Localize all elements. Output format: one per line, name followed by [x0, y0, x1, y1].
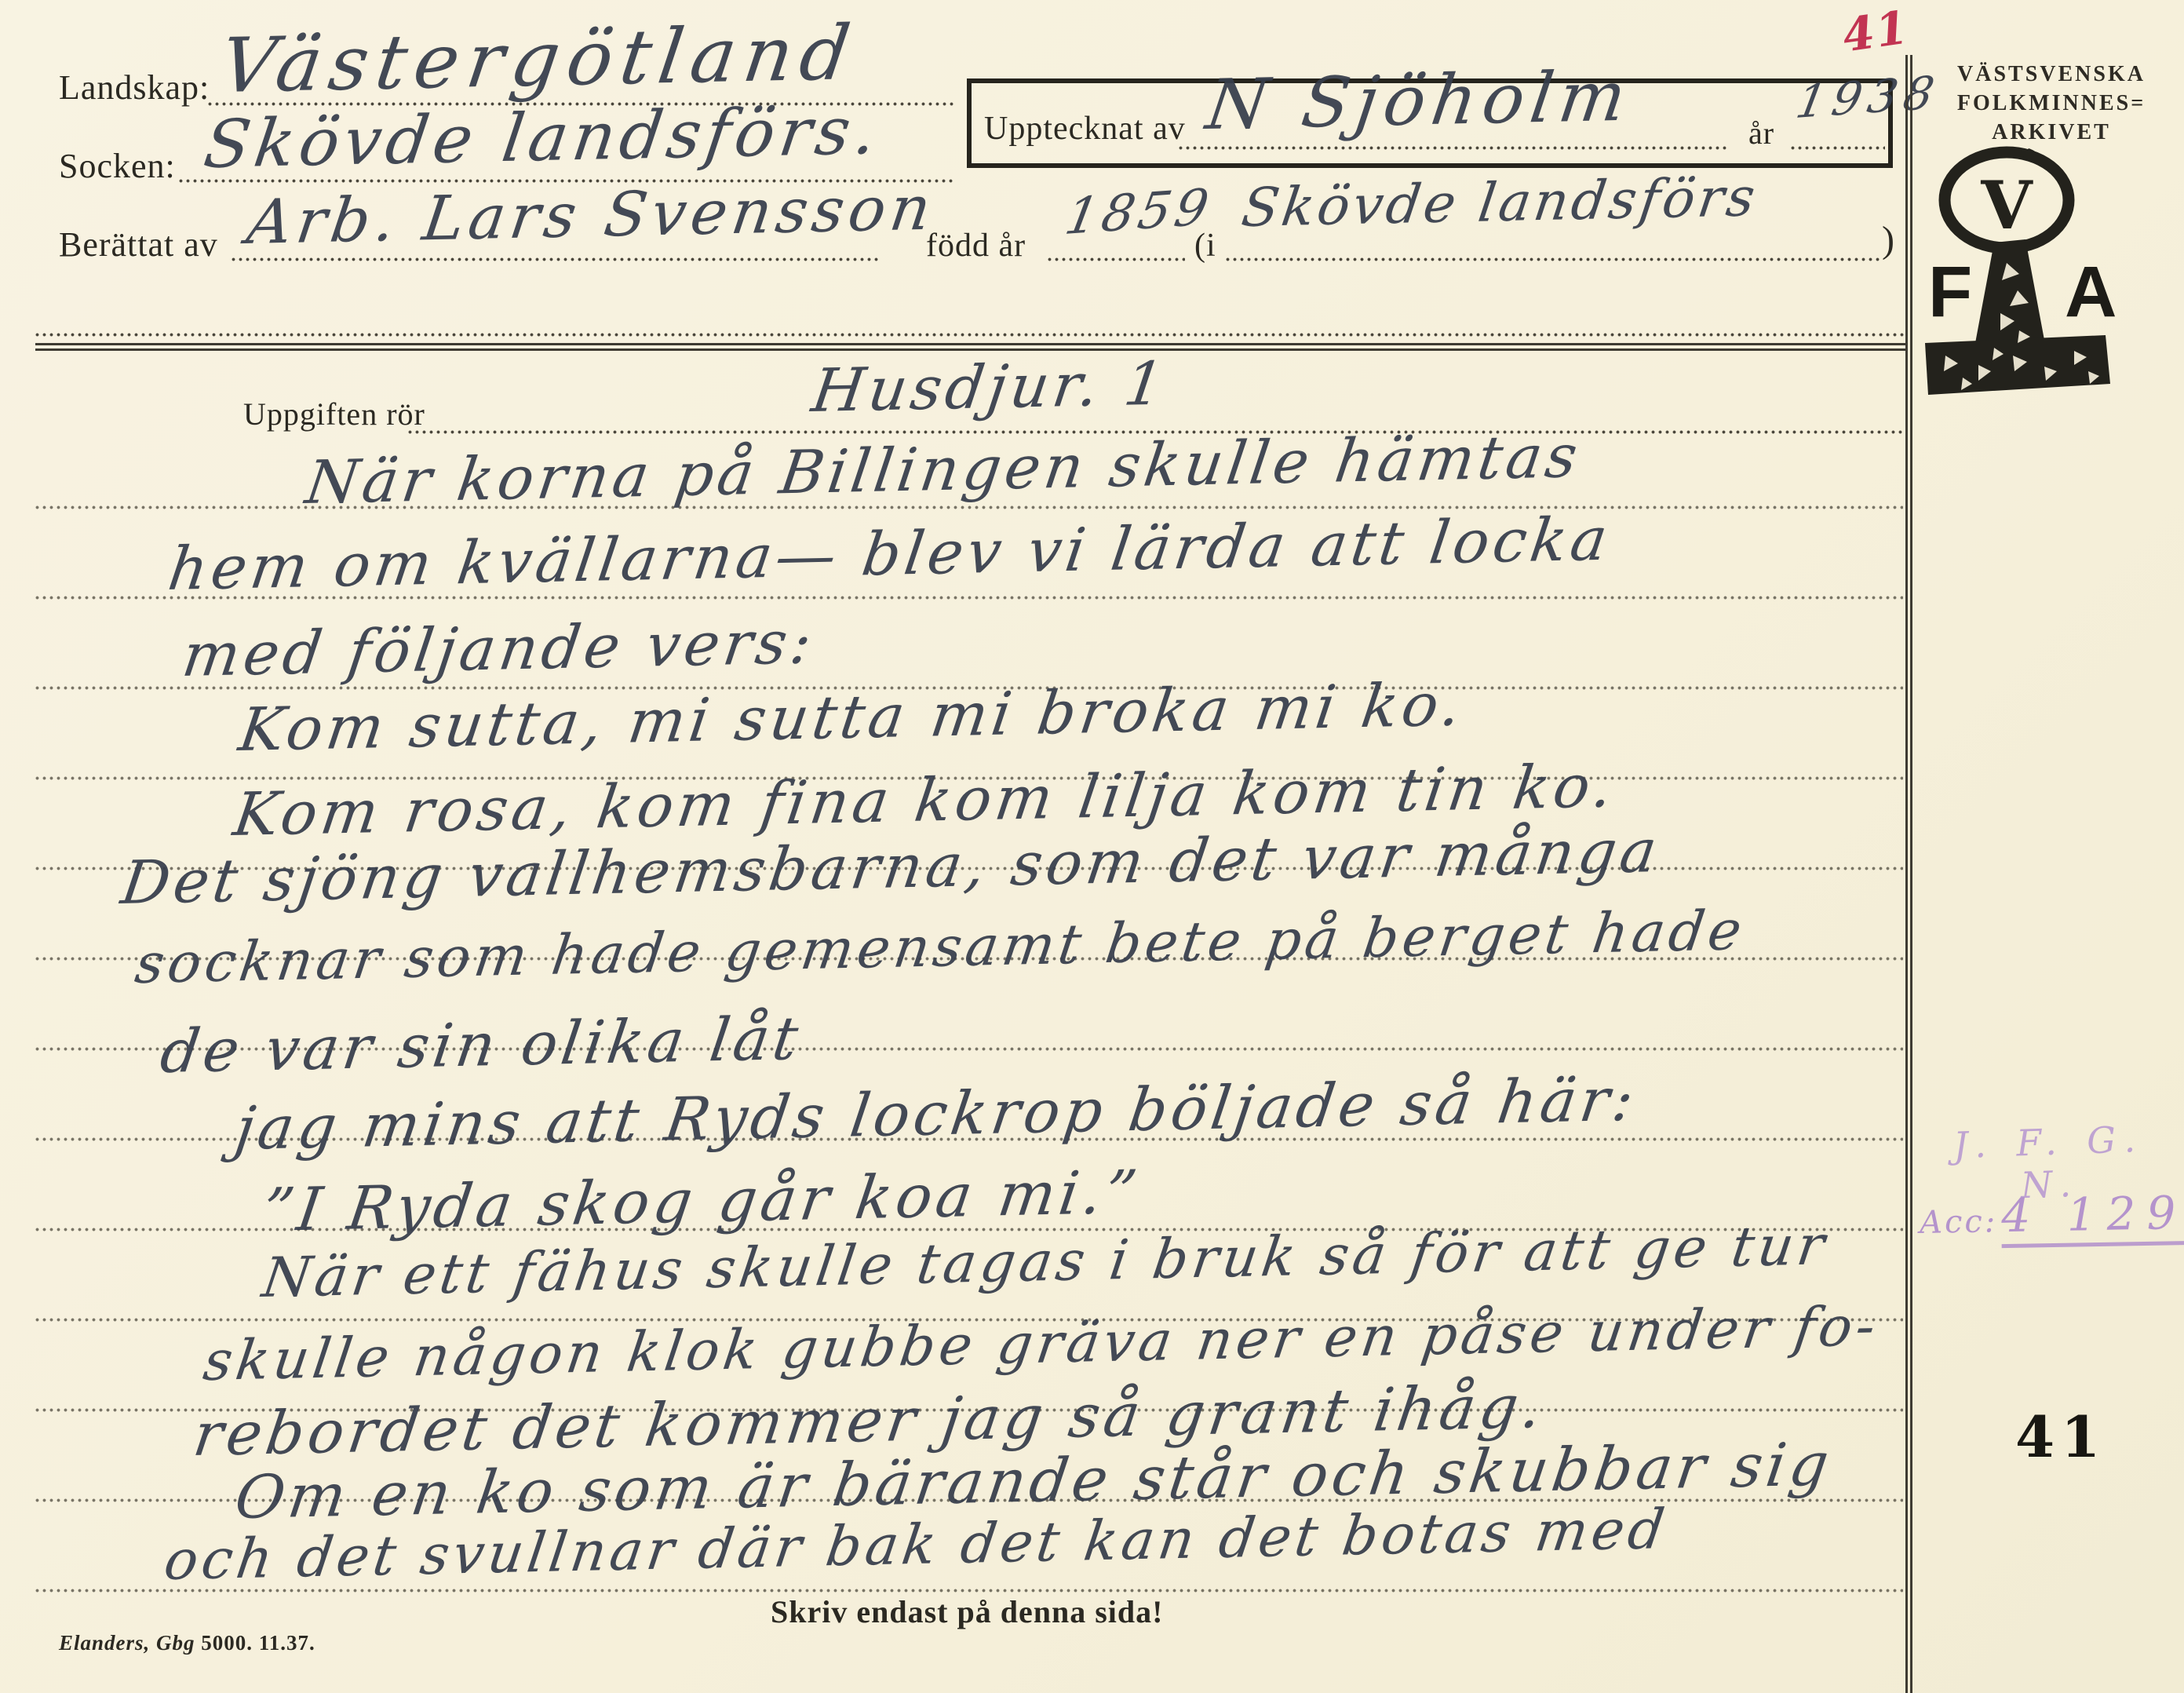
logo-letter-f: F	[1928, 252, 1972, 332]
archive-name: VÄSTSVENSKA FOLKMINNES= ARKIVET	[1921, 60, 2182, 147]
margin-double-rule	[1905, 55, 1912, 1693]
accession-label: Acc:	[1920, 1203, 1998, 1241]
logo-hammer-handle	[1975, 239, 2044, 343]
born-place-dotted-line	[1226, 257, 1882, 261]
born-place-close-paren: )	[1882, 218, 1895, 261]
socken-value-handwriting: Skövde landsförs.	[200, 96, 885, 179]
red-page-note: 41	[1839, 0, 1912, 62]
born-place-open-paren: (i	[1194, 227, 1216, 265]
handwritten-line: med följande vers:	[179, 611, 819, 687]
socken-label: Socken:	[59, 146, 176, 186]
archive-record-card: Landskap: Västergötland Socken: Skövde l…	[0, 0, 2184, 1693]
thors-hammer-logo: V F A	[1919, 145, 2115, 404]
printer-name: Elanders, Gbg	[59, 1631, 195, 1655]
born-year-label: född år	[926, 227, 1026, 265]
logo-letter-a: A	[2065, 252, 2115, 332]
accession-number: 4 129	[2001, 1186, 2184, 1248]
topic-value-handwriting: Husdjur. 1	[808, 352, 1171, 422]
recorded-year-label: år	[1748, 115, 1774, 151]
topic-label: Uppgiften rör	[243, 396, 425, 432]
born-year-dotted-line	[1048, 257, 1185, 261]
printer-imprint: Elanders, Gbg 5000. 11.37.	[59, 1631, 315, 1655]
accession-stamp-number: Acc: 4 129	[1919, 1186, 2184, 1244]
recorded-year-dotted-line	[1791, 146, 1885, 150]
handwritten-line: de var sin olika låt	[157, 1007, 805, 1083]
printer-info: 5000. 11.37.	[201, 1631, 315, 1655]
recorded-by-dotted-line	[1179, 146, 1728, 150]
berattat-av-label: Berättat av	[59, 224, 218, 265]
header-dotted-rule	[35, 333, 1905, 337]
recorded-by-handwriting: N Sjöholm	[1202, 60, 1636, 142]
berattat-av-dotted-line	[232, 257, 879, 261]
recorded-by-label: Upptecknat av	[984, 110, 1186, 148]
born-place-handwriting: Skövde landsförs	[1238, 170, 1761, 236]
archive-name-line-2: FOLKMINNES=	[1921, 89, 2182, 118]
page-number: 41	[2015, 1403, 2106, 1470]
berattat-av-value-handwriting: Arb. Lars Svensson	[243, 177, 939, 256]
landskap-value-handwriting: Västergötland	[216, 13, 862, 106]
archive-name-line-3: ARKIVET	[1921, 118, 2182, 147]
footer-instruction: Skriv endast på denna sida!	[771, 1593, 1163, 1630]
landskap-label: Landskap:	[59, 68, 210, 108]
born-year-handwriting: 1859	[1061, 181, 1216, 244]
archive-name-line-1: VÄSTSVENSKA	[1921, 60, 2182, 89]
header-double-rule	[35, 343, 1905, 351]
logo-letter-v: V	[1980, 166, 2033, 244]
